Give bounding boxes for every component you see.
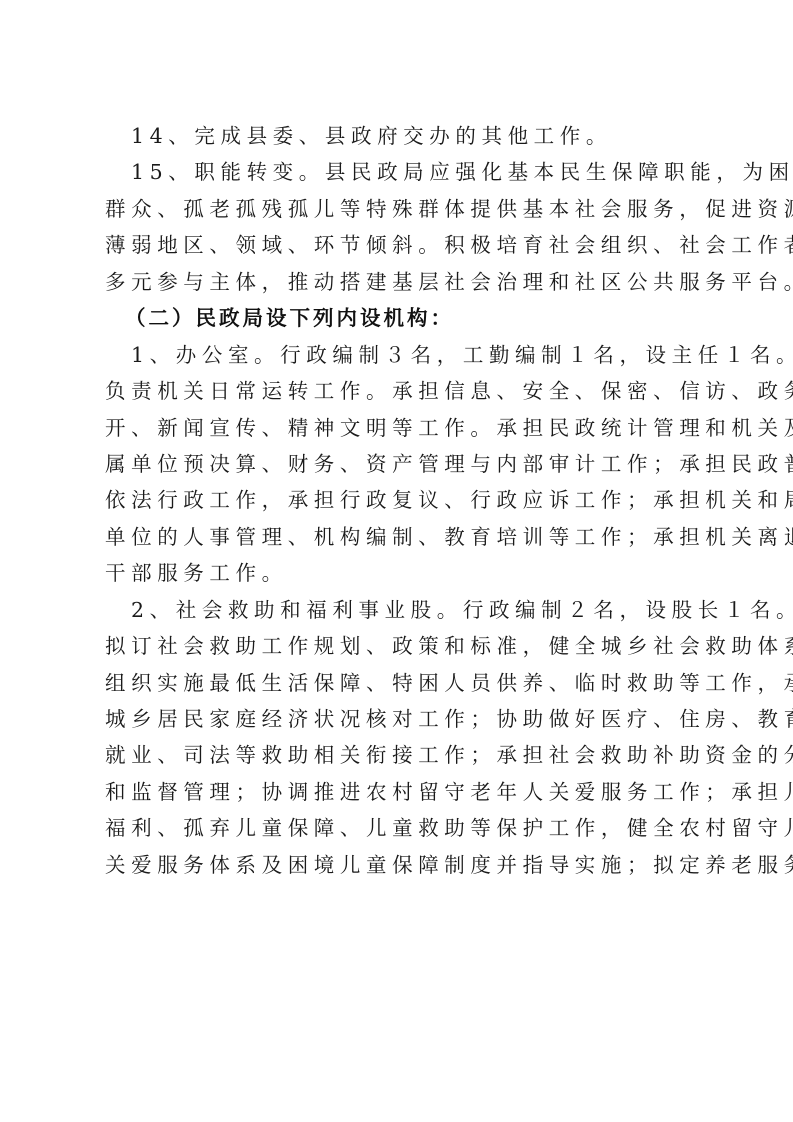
text-line: 干部服务工作。 [105, 555, 697, 591]
text-line: 开、新闻宣传、精神文明等工作。承担民政统计管理和机关及直 [105, 410, 697, 446]
text-line: 就业、司法等救助相关衔接工作；承担社会救助补助资金的分配 [105, 737, 697, 773]
text-line: 14、完成县委、县政府交办的其他工作。 [105, 118, 697, 154]
text-line: 依法行政工作，承担行政复议、行政应诉工作；承担机关和局属 [105, 482, 697, 518]
text-line: 多元参与主体，推动搭建基层社会治理和社区公共服务平台。 [105, 264, 697, 300]
document-body: 14、完成县委、县政府交办的其他工作。 15、职能转变。县民政局应强化基本民生保… [105, 118, 697, 883]
text-line: 群众、孤老孤残孤儿等特殊群体提供基本社会服务，促进资源向 [105, 191, 697, 227]
text-line: 关爱服务体系及困境儿童保障制度并指导实施；拟定养老服务体 [105, 847, 697, 883]
heading-line: （二）民政局设下列内设机构： [105, 300, 697, 336]
paragraph-social-assistance: 2、社会救助和福利事业股。行政编制２名，设股长１名。 拟订社会救助工作规划、政策… [105, 592, 697, 884]
text-line: 单位的人事管理、机构编制、教育培训等工作；承担机关离退休 [105, 519, 697, 555]
text-line: 2、社会救助和福利事业股。行政编制２名，设股长１名。 [105, 592, 697, 628]
paragraph-office: 1、办公室。行政编制３名，工勤编制１名，设主任１名。 负责机关日常运转工作。承担… [105, 337, 697, 592]
text-line: 薄弱地区、领域、环节倾斜。积极培育社会组织、社会工作者等 [105, 227, 697, 263]
text-line: 属单位预决算、财务、资产管理与内部审计工作；承担民政普法 [105, 446, 697, 482]
text-line: 负责机关日常运转工作。承担信息、安全、保密、信访、政务公 [105, 373, 697, 409]
paragraph-item-14: 14、完成县委、县政府交办的其他工作。 [105, 118, 697, 154]
text-line: 城乡居民家庭经济状况核对工作；协助做好医疗、住房、教育、 [105, 701, 697, 737]
text-line: 组织实施最低生活保障、特困人员供养、临时救助等工作，承担 [105, 665, 697, 701]
text-line: 15、职能转变。县民政局应强化基本民生保障职能，为困难 [105, 154, 697, 190]
text-line: 拟订社会救助工作规划、政策和标准，健全城乡社会救助体系， [105, 628, 697, 664]
document-page: 14、完成县委、县政府交办的其他工作。 15、职能转变。县民政局应强化基本民生保… [0, 0, 793, 1122]
text-line: 1、办公室。行政编制３名，工勤编制１名，设主任１名。 [105, 337, 697, 373]
text-line: 福利、孤弃儿童保障、儿童救助等保护工作，健全农村留守儿童 [105, 810, 697, 846]
paragraph-item-15: 15、职能转变。县民政局应强化基本民生保障职能，为困难 群众、孤老孤残孤儿等特殊… [105, 154, 697, 300]
section-heading: （二）民政局设下列内设机构： [105, 300, 697, 336]
text-line: 和监督管理；协调推进农村留守老年人关爱服务工作；承担儿童 [105, 774, 697, 810]
